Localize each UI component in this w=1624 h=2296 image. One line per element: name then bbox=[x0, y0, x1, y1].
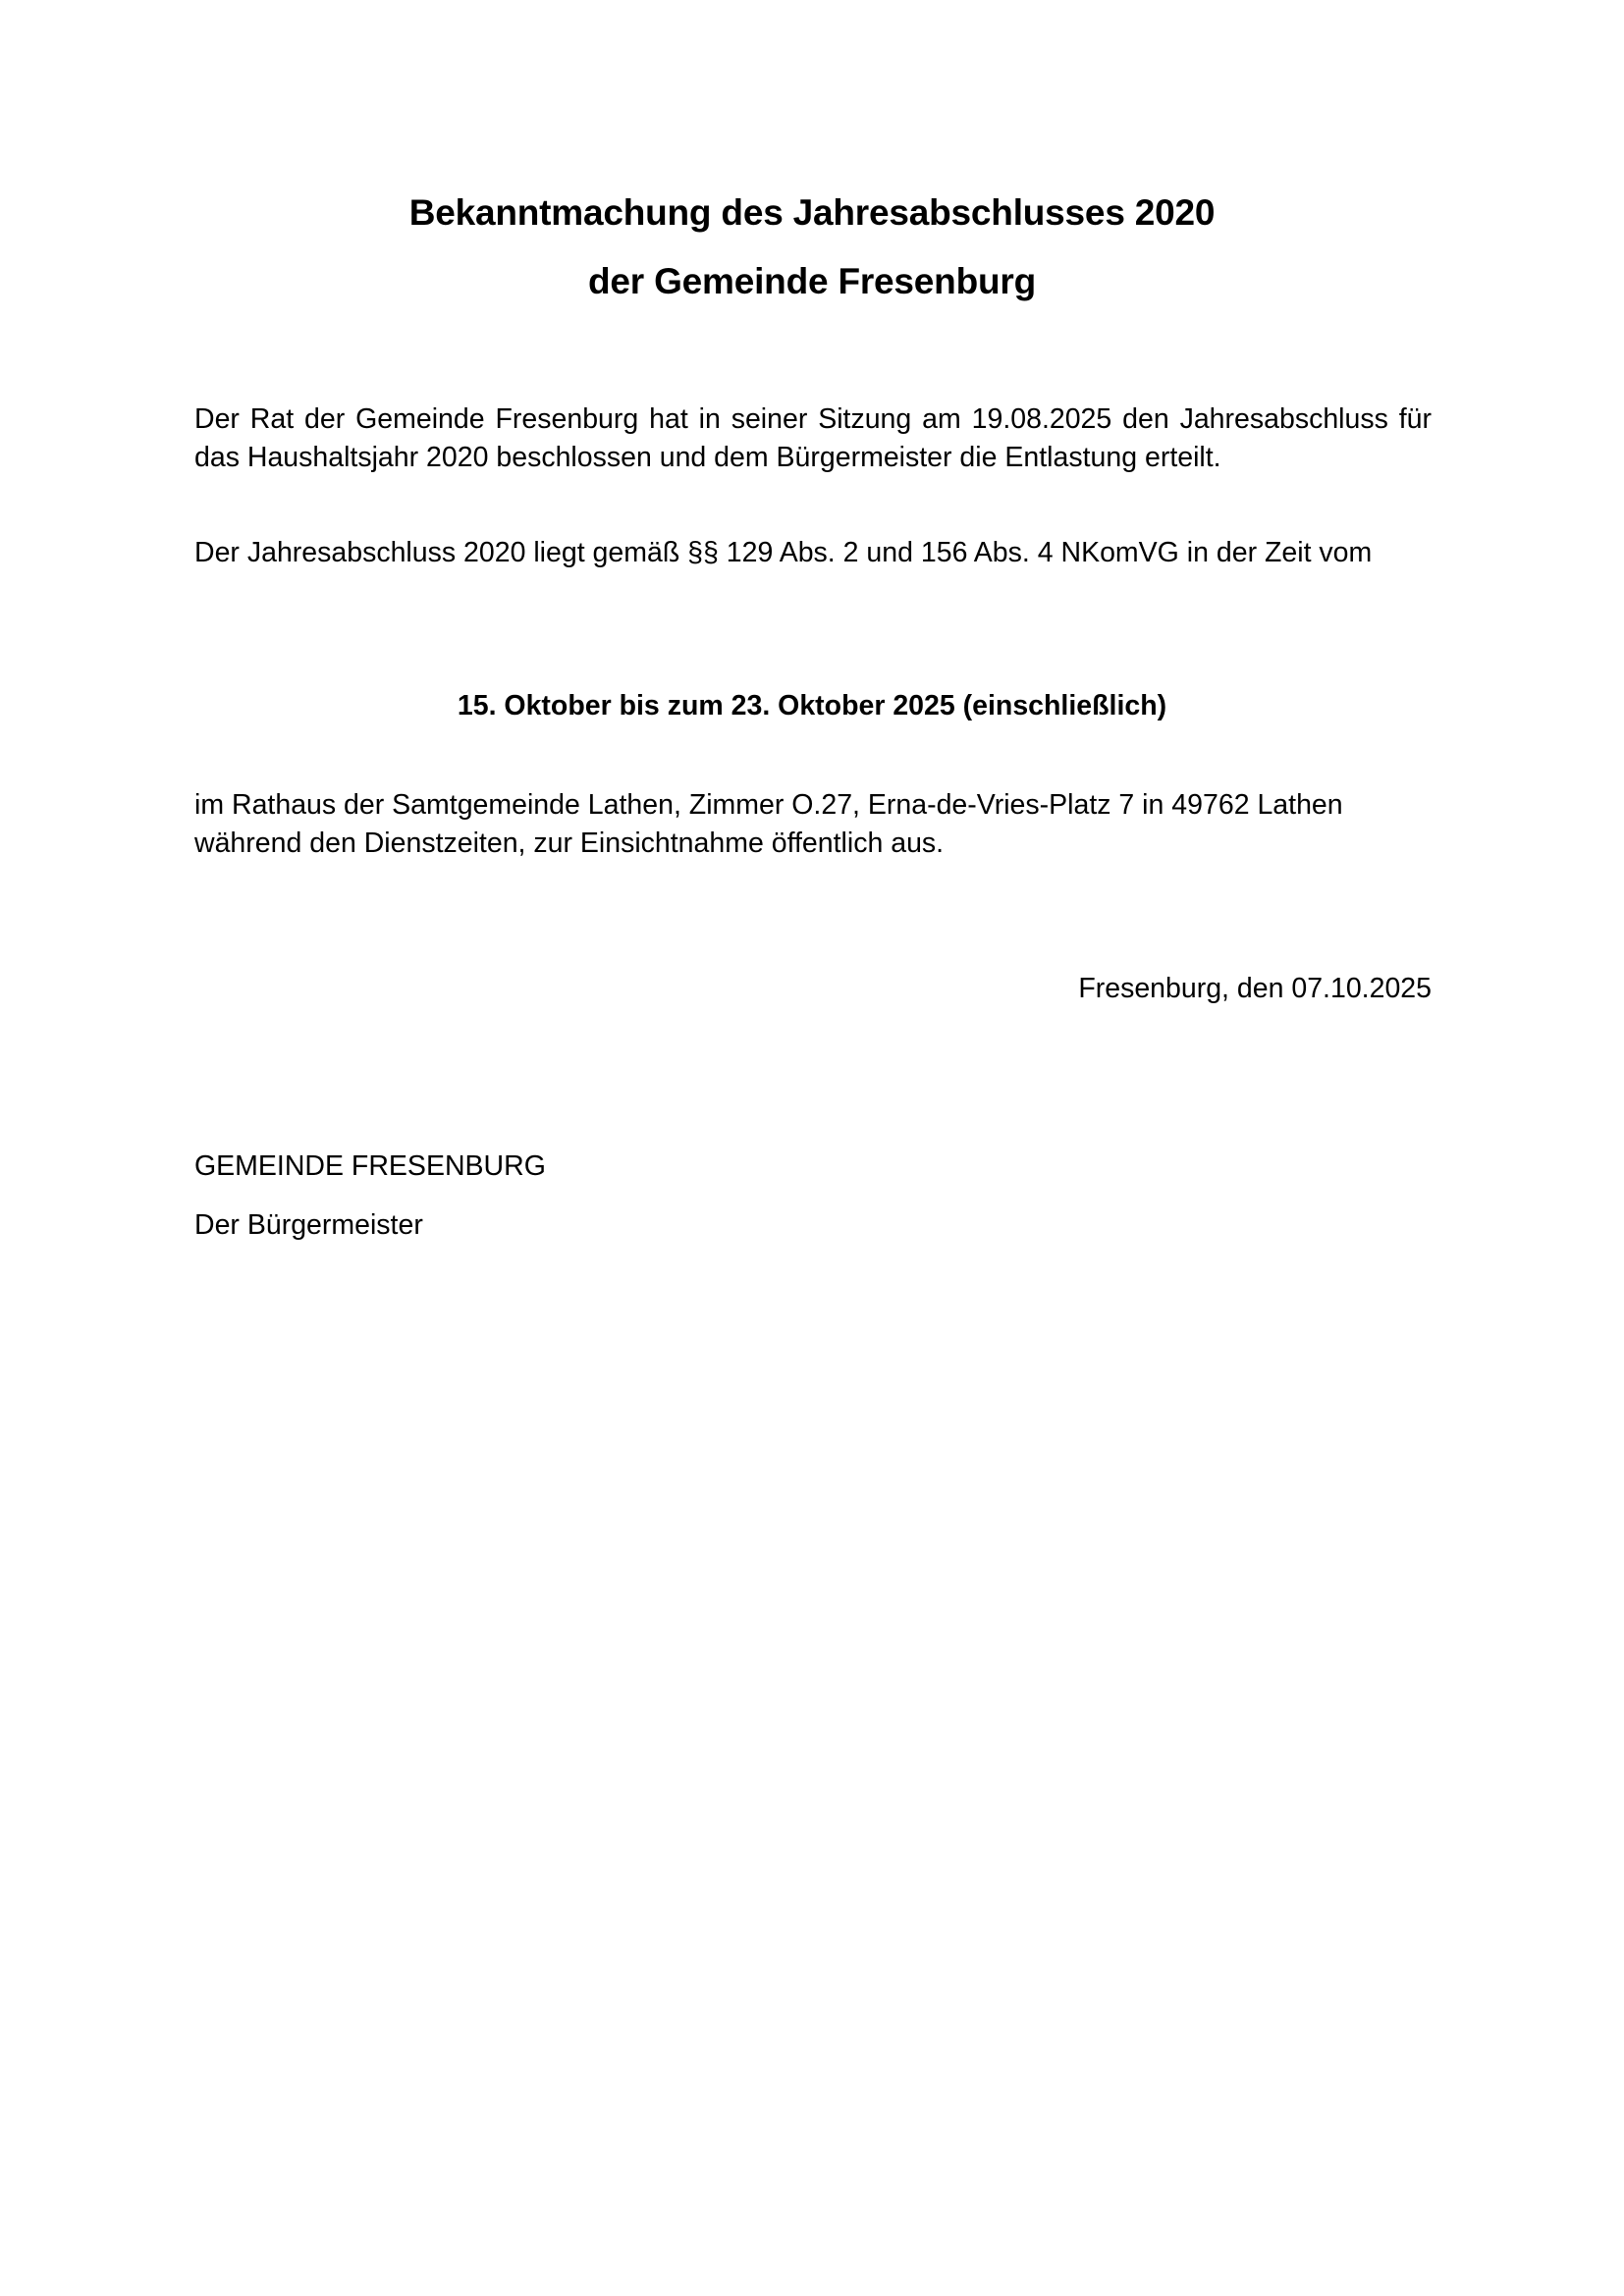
document-title-line-1: Bekanntmachung des Jahresabschlusses 202… bbox=[0, 192, 1624, 234]
resolution-paragraph: Der Rat der Gemeinde Fresenburg hat in s… bbox=[194, 400, 1432, 477]
signature-role: Der Bürgermeister bbox=[194, 1209, 423, 1242]
document-title-line-2: der Gemeinde Fresenburg bbox=[0, 261, 1624, 302]
signature-organization: GEMEINDE FRESENBURG bbox=[194, 1150, 546, 1183]
inspection-period: 15. Oktober bis zum 23. Oktober 2025 (ei… bbox=[0, 690, 1624, 722]
place-and-date: Fresenburg, den 07.10.2025 bbox=[1078, 973, 1432, 1005]
document-page: Bekanntmachung des Jahresabschlusses 202… bbox=[0, 0, 1624, 2296]
legal-basis-paragraph: Der Jahresabschluss 2020 liegt gemäß §§ … bbox=[194, 534, 1432, 572]
location-paragraph: im Rathaus der Samtgemeinde Lathen, Zimm… bbox=[194, 786, 1432, 863]
